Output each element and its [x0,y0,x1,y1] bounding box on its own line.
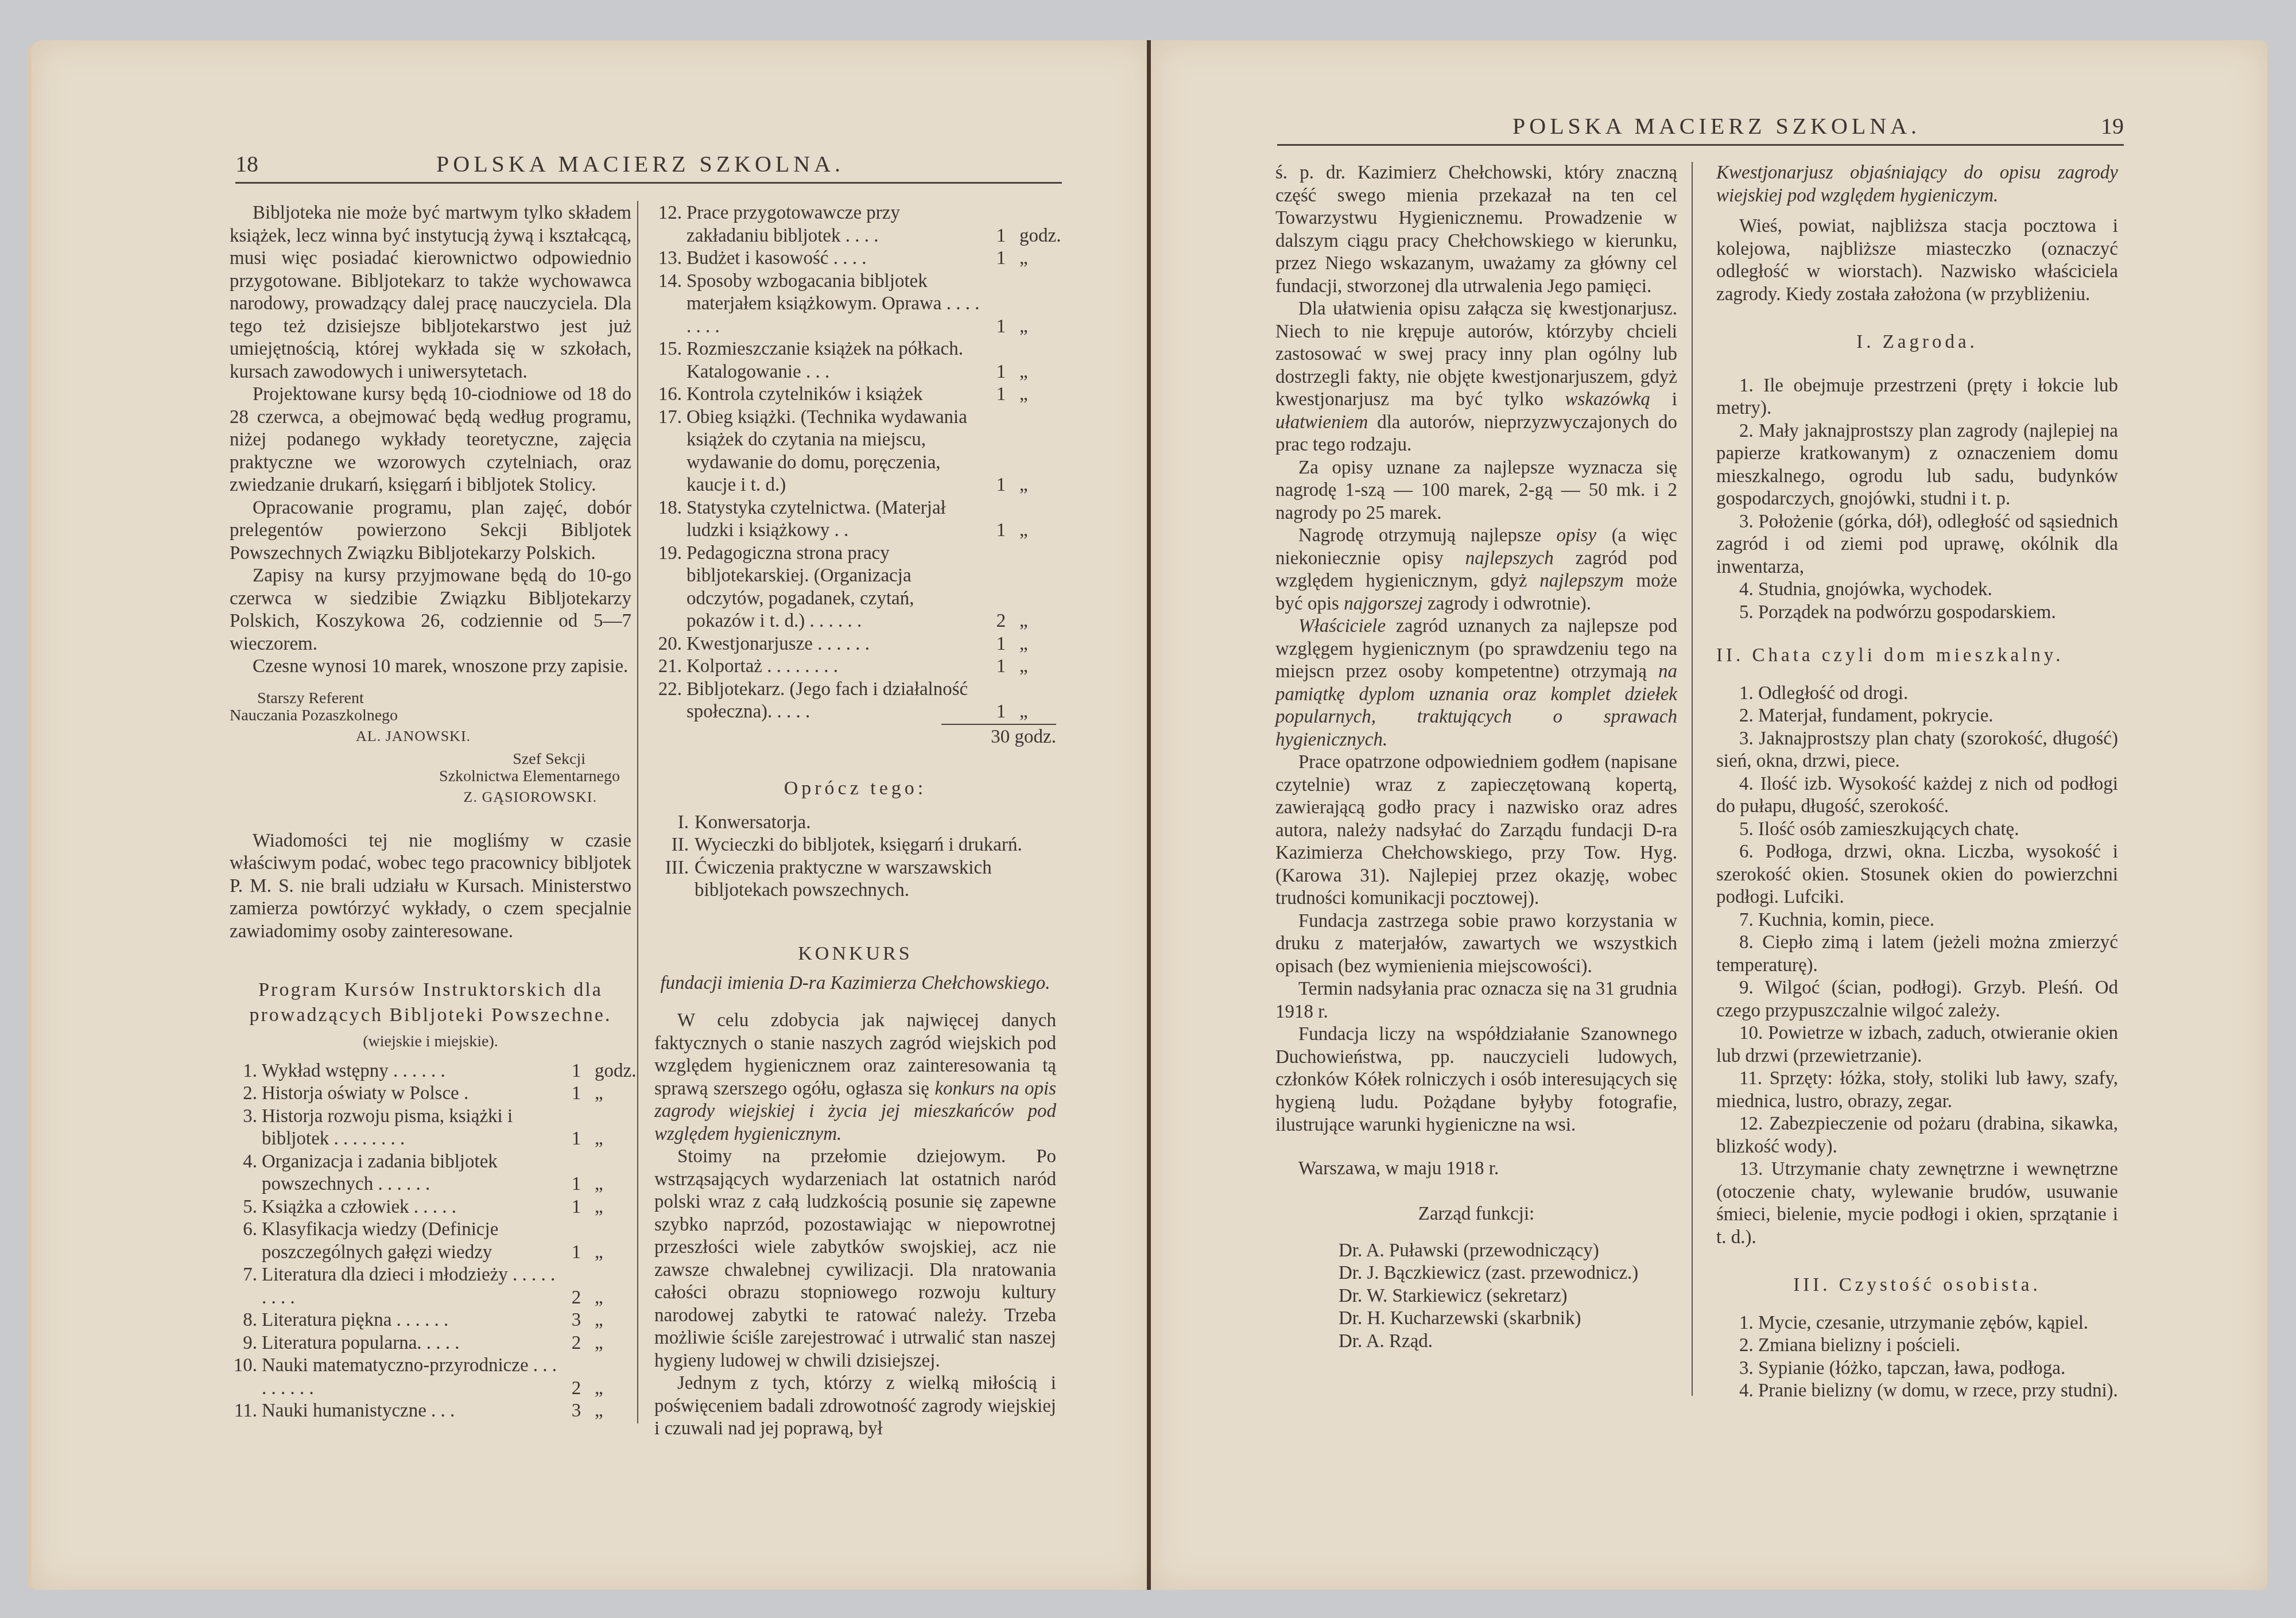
signature-janowski: Starszy Referent Nauczania Pozaszkolnego… [230,690,631,745]
paragraph: Za opisy uznane za najlepsze wyznacza si… [1275,457,1677,525]
item-unit: „ [595,1082,631,1105]
emphasis: najlepszym [1539,571,1624,591]
paragraph: Czesne wynosi 10 marek, wnoszone przy za… [230,655,631,678]
item-number: 2. [230,1082,257,1105]
editorial-note: Wiadomości tej nie mogliśmy w czasie wła… [230,830,631,944]
emphasis: ułatwieniem [1275,412,1368,433]
item-hours: 1 [987,361,1015,384]
item-unit: „ [1019,361,1056,384]
paragraph: Prace opatrzone odpowiedniem godłem (nap… [1275,751,1677,910]
item-unit: „ [1019,519,1056,542]
questionnaire-item: 7. Kuchnia, komin, piece. [1716,909,2118,932]
item-unit: godz. [1019,225,1056,248]
item-unit: „ [595,1400,631,1423]
questionnaire-item: 1. Mycie, czesanie, utrzymanie zębów, ką… [1716,1312,2118,1335]
paragraph: Właściciele zagród uznanych za najlepsze… [1275,615,1677,751]
item-hours: 1 [563,1196,590,1219]
item-number: 21. [654,655,682,678]
total-hours: 30 godz. [941,724,1056,749]
item-unit: „ [595,1173,631,1196]
questionnaire-item: 1. Ile obejmuje przestrzeni (pręty i łok… [1716,375,2118,420]
item-number: 19. [654,542,682,633]
item-text: Literatura popularna. . . . . [262,1332,558,1355]
paragraph: Termin nadsyłania prac oznacza się na 31… [1275,978,1677,1023]
item-text: Wycieczki do bibljotek, księgarń i druka… [695,834,1056,857]
item-unit: „ [595,1196,631,1219]
item-unit: „ [1019,247,1056,270]
board-member: Dr. A. Puławski (przewodniczący) [1275,1240,1677,1263]
item-text: Kontrola czytelników i książek [687,383,983,406]
questionnaire-item: 9. Wilgoć (ścian, podłogi). Grzyb. Pleśń… [1716,977,2118,1022]
item-text: Klasyfikacja wiedzy (Definicje poszczegó… [262,1219,558,1264]
emphasis: opisy [1557,525,1597,546]
item-hours: 1 [987,633,1015,656]
item-number: 11. [230,1400,257,1423]
item-number: 15. [654,338,682,383]
section-title-czystosc: III. Czystość osobista. [1716,1274,2118,1297]
page-number: 19 [2101,112,2124,139]
item-hours: 3 [563,1309,590,1332]
item-unit: „ [595,1241,631,1264]
item-number: 4. [230,1151,257,1196]
questionnaire-item: 11. Sprzęty: łóżka, stoły, stoliki lub ł… [1716,1068,2118,1113]
item-text: Sposoby wzbogacania bibljotek materjałem… [687,270,983,339]
place-date: Warszawa, w maju 1918 r. [1275,1158,1677,1181]
board-member: Dr. J. Bączkiewicz (zast. przewodnicz.) [1275,1262,1677,1285]
item-hours: 2 [563,1332,590,1355]
item-text: Bibljotekarz. (Jego fach i działalność s… [687,678,983,724]
besides-list: I.Konwersatorja. II.Wycieczki do bibljot… [654,812,1056,902]
item-number: 9. [230,1332,257,1355]
questionnaire-item: 1. Odległość od drogi. [1716,682,2118,705]
item-text: Nauki matematyczno-przyrodnicze . . . . … [262,1355,558,1400]
item-unit: „ [595,1128,631,1151]
item-text: Literatura dla dzieci i młodzieży . . . … [262,1264,558,1309]
item-text: Organizacja i zadania bibljotek powszech… [262,1151,558,1196]
item-text: Konwersatorja. [695,812,1056,835]
item-hours: 1 [563,1082,590,1105]
section-title-zagroda: I. Zagroda. [1716,331,2118,354]
item-text: Kolportaż . . . . . . . . [687,655,983,678]
right-column-2: Kwestjonarjusz objaśniający do opisu zag… [1716,162,2118,1403]
item-number: 12. [654,202,682,247]
signature-name: Z. GĄSIOROWSKI. [230,789,620,806]
besides-title: Oprócz tego: [654,777,1056,800]
item-number: 10. [230,1355,257,1400]
page-number: 18 [235,150,258,177]
item-text: Literatura piękna . . . . . . [262,1309,558,1332]
board-title: Zarząd funkcji: [1275,1203,1677,1226]
questionnaire-item: 3. Jaknajprostszy plan chaty (szorokość,… [1716,728,2118,773]
item-unit: „ [595,1309,631,1332]
left-running-head: 18 POLSKA MACIERZ SZKOLNA. [235,150,1062,184]
questionnaire-item: 5. Ilość osób zamieszkujących chatę. [1716,818,2118,841]
item-number: 8. [230,1309,257,1332]
signature-name: AL. JANOWSKI. [230,728,631,745]
item-hours: 1 [987,225,1015,248]
questionnaire-item: 3. Sypianie (łóżko, tapczan, ława, podło… [1716,1357,2118,1380]
item-hours: 1 [563,1241,590,1264]
questionnaire-item: 6. Podłoga, drzwi, okna. Liczba, wysokoś… [1716,841,2118,909]
item-number: 13. [654,247,682,270]
text-run: Nagrodę otrzymują najlepsze [1298,525,1557,546]
questionnaire-title: Kwestjonarjusz objaśniający do opisu zag… [1716,162,2118,207]
item-unit: godz. [595,1060,631,1083]
item-hours: 2 [987,610,1015,633]
item-unit: „ [595,1378,631,1400]
page-edge [27,45,50,1589]
item-number: 5. [230,1196,257,1219]
paragraph: Fundacja liczy na współdziałanie Szanown… [1275,1023,1677,1137]
paragraph: Fundacja zastrzega sobie prawo korzystan… [1275,910,1677,979]
item-hours: 1 [563,1128,590,1151]
item-unit: „ [1019,316,1056,339]
item-text: Nauki humanistyczne . . . [262,1400,558,1423]
item-number: 14. [654,270,682,339]
paragraph: Bibljoteka nie może być martwym tylko sk… [230,202,631,383]
item-unit: „ [1019,701,1056,724]
item-number: 18. [654,497,682,542]
paragraph: Dla ułatwienia opisu załącza się kwestjo… [1275,298,1677,457]
left-column-2: 12.Prace przygotowawcze przy zakładaniu … [654,202,1056,1441]
section-title-chata: II. Chata czyli dom mieszkalny. [1716,645,2118,668]
questionnaire-item: 2. Zmiana bielizny i pościeli. [1716,1334,2118,1357]
item-hours: 1 [987,701,1015,724]
left-column-1: Bibljoteka nie może być martwym tylko sk… [230,202,631,1423]
item-hours: 2 [563,1287,590,1310]
signature-gasiorowski: Szef Sekcji Szkolnictwa Elementarnego Z.… [230,751,631,806]
konkurs-subtitle: fundacji imienia D-ra Kazimierza Chełcho… [654,969,1056,997]
program-list-part2: 12.Prace przygotowawcze przy zakładaniu … [654,202,1056,724]
item-text: Historja oświaty w Polsce . [262,1082,558,1105]
item-text: Prace przygotowawcze przy zakładaniu bib… [687,202,983,247]
signature-title: Starszy Referent [230,690,631,707]
questionnaire-item: 3. Położenie (górka, dół), odległość od … [1716,511,2118,579]
konkurs-paragraph: Jednym z tych, którzy z wielką miłością … [654,1372,1056,1441]
konkurs-paragraph: Stoimy na przełomie dziejowym. Po wstrzą… [654,1146,1056,1372]
item-text: Statystyka czytelnictwa. (Materjał ludzk… [687,497,983,542]
questionnaire-item: 2. Mały jaknajprostszy plan zagrody (naj… [1716,420,2118,511]
paragraph: Zapisy na kursy przyjmowane będą do 10-g… [230,565,631,655]
questionnaire-item: 10. Powietrze w izbach, zaduch, otwieran… [1716,1022,2118,1068]
journal-title: POLSKA MACIERZ SZKOLNA. [436,150,844,177]
item-text: Kwestjonarjusze . . . . . . [687,633,983,656]
item-hours: 3 [563,1400,590,1423]
signature-title: Szkolnictwa Elementarnego [230,768,620,785]
item-number: 1. [230,1060,257,1083]
item-text: Budżet i kasowość . . . . [687,247,983,270]
journal-title: POLSKA MACIERZ SZKOLNA. [1512,112,1921,139]
item-number: 16. [654,383,682,406]
item-unit: „ [1019,655,1056,678]
item-text: Obieg książki. (Technika wydawania książ… [687,406,983,497]
signature-title: Nauczania Pozaszkolnego [230,707,631,724]
item-text: Książka a człowiek . . . . . [262,1196,558,1219]
item-number: II. [654,834,689,857]
board-member: Dr. H. Kucharzewski (skarbnik) [1275,1307,1677,1330]
questionnaire-item: 12. Zabezpieczenie od pożaru (drabina, s… [1716,1113,2118,1158]
item-hours: 1 [987,655,1015,678]
item-unit: „ [595,1287,631,1310]
item-number: 6. [230,1219,257,1264]
item-unit: „ [595,1332,631,1355]
column-rule [637,201,638,1423]
program-title: Program Kursów Instruktorskich dla prowa… [230,977,631,1028]
program-subtitle: (wiejskie i miejskie). [230,1030,631,1053]
program-list-part1: 1.Wykład wstępny . . . . . .1godz. 2.His… [230,1060,631,1423]
item-text: Rozmieszczanie książek na półkach. Katal… [687,338,983,383]
item-number: III. [654,857,689,902]
questionnaire-item: 4. Ilość izb. Wysokość każdej z nich od … [1716,773,2118,818]
emphasis: Właściciele [1298,616,1386,637]
item-unit: „ [1019,633,1056,656]
konkurs-paragraph: W celu zdobycia jak najwięcej danych fak… [654,1010,1056,1146]
board-member: Dr. A. Rząd. [1275,1330,1677,1353]
item-hours: 2 [563,1378,590,1400]
board-member: Dr. W. Starkiewicz (sekretarz) [1275,1285,1677,1308]
right-running-head: POLSKA MACIERZ SZKOLNA. 19 [1277,112,2124,146]
emphasis: najgorszej [1344,593,1423,614]
text-run: i [1650,389,1677,410]
questionnaire-item: 5. Porządek na podwórzu gospodarskiem. [1716,602,2118,624]
right-column-1: ś. p. dr. Kazimierz Chełchowski, który z… [1275,162,1677,1353]
program-title-line: Program Kursów Instruktorskich dla [230,977,631,1003]
program-title-line: prowadzących Bibljoteki Powszechne. [230,1003,631,1028]
item-hours: 1 [563,1173,590,1196]
emphasis: wskazówką [1565,389,1651,410]
item-unit: „ [1019,610,1056,633]
item-number: 22. [654,678,682,724]
konkurs-title: KONKURS [654,942,1056,965]
questionnaire-intro: Wieś, powiat, najbliższa stacja pocztowa… [1716,215,2118,306]
questionnaire-item: 8. Ciepło zimą i latem (jeżeli można zmi… [1716,932,2118,977]
item-unit: „ [1019,383,1056,406]
paragraph: ś. p. dr. Kazimierz Chełchowski, który z… [1275,162,1677,298]
column-rule [1692,162,1693,1396]
paragraph: Projektowane kursy będą 10-ciodniowe od … [230,383,631,497]
item-number: 17. [654,406,682,497]
item-number: I. [654,812,689,835]
item-number: 20. [654,633,682,656]
item-number: 7. [230,1264,257,1309]
item-unit: „ [1019,474,1056,497]
signature-title: Szef Sekcji [230,751,620,768]
item-hours: 1 [987,247,1015,270]
item-text: Pedagogiczna strona pracy bibljotekarski… [687,542,983,633]
item-hours: 1 [987,519,1015,542]
questionnaire-item: 4. Pranie bielizny (w domu, w rzece, prz… [1716,1380,2118,1403]
item-hours: 1 [987,316,1015,339]
emphasis: najlepszych [1465,548,1554,569]
questionnaire-item: 4. Studnia, gnojówka, wychodek. [1716,579,2118,602]
text-run: zagrody i odwrotnie). [1423,593,1591,614]
questionnaire-item: 2. Materjał, fundament, pokrycie. [1716,705,2118,728]
item-number: 3. [230,1105,257,1151]
item-text: Historja rozwoju pisma, książki i bibljo… [262,1105,558,1151]
item-hours: 1 [987,474,1015,497]
item-text: Wykład wstępny . . . . . . [262,1060,558,1083]
item-text: Ćwiczenia praktyczne w warszawskich bibl… [695,857,1056,902]
item-hours: 1 [987,383,1015,406]
paragraph: Opracowanie programu, plan zajęć, dobór … [230,497,631,565]
questionnaire-item: 13. Utrzymanie chaty zewnętrzne i wewnęt… [1716,1158,2118,1249]
paragraph: Nagrodę otrzymują najlepsze opisy (a wię… [1275,525,1677,615]
item-hours: 1 [563,1060,590,1083]
